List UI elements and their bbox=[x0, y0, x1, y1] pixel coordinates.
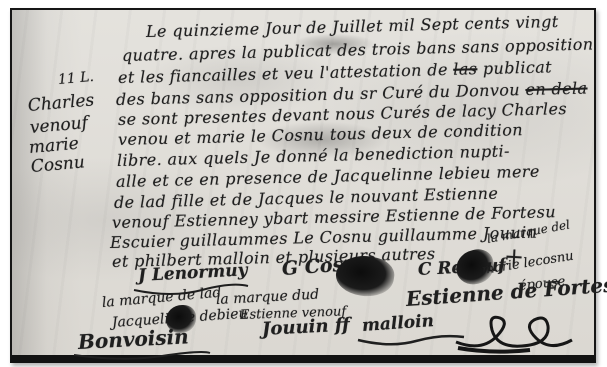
margin-act-number: 11 L. bbox=[57, 69, 94, 88]
signature-flourish bbox=[72, 350, 212, 362]
body-line-segment: publicat bbox=[477, 57, 552, 78]
manuscript-page: 11 L. Charles venouf marie Cosnu Le quin… bbox=[0, 0, 607, 367]
signature-flourish bbox=[356, 334, 466, 348]
struck-word: en dela bbox=[525, 78, 587, 99]
struck-word: las bbox=[453, 59, 478, 79]
paraph-flourish bbox=[452, 312, 577, 354]
